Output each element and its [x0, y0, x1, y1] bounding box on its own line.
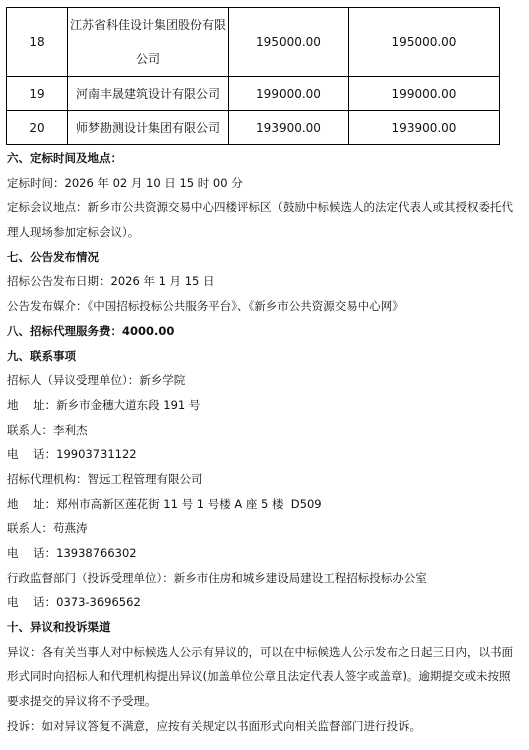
company-name: 河南丰晟建筑设计有限公司	[68, 77, 229, 111]
supervisor: 行政监督部门（投诉受理单位）：新乡市住房和城乡建设局建设工程招标投标办公室	[7, 566, 527, 591]
row-number: 20	[7, 111, 68, 145]
award-place-line1: 定标会议地点：新乡市公共资源交易中心四楼评标区（鼓励中标候选人的法定代表人或其授…	[7, 195, 527, 220]
award-place-line2: 理人现场参加定标会议）。	[7, 220, 527, 245]
evaluated-amount: 195000.00	[349, 8, 500, 77]
evaluated-amount: 199000.00	[349, 77, 500, 111]
tenderer: 招标人（异议受理单位）：新乡学院	[7, 368, 527, 393]
tenderer-address: 地 址：新乡市金穗大道东段 191 号	[7, 393, 527, 418]
agency: 招标代理机构：智远工程管理有限公司	[7, 467, 527, 492]
company-name-line1: 江苏省科佳设计集团股份有限	[68, 8, 228, 42]
bid-amount: 199000.00	[229, 77, 349, 111]
section-heading-objections: 十、异议和投诉渠道	[7, 615, 527, 640]
objection-line1: 异议：各有关当事人对中标候选人公示有异议的，可以在中标候选人公示发布之日起三日内…	[7, 640, 527, 665]
company-name-line2: 公司	[68, 42, 228, 76]
table-row: 20 师梦勘测设计集团有限公司 193900.00 193900.00	[7, 111, 500, 145]
agency-contact: 联系人：苟燕涛	[7, 516, 527, 541]
bid-table: 18 江苏省科佳设计集团股份有限 公司 195000.00 195000.00 …	[6, 7, 500, 145]
company-name: 江苏省科佳设计集团股份有限 公司	[68, 8, 229, 77]
section-heading-award-time: 六、定标时间及地点：	[7, 146, 527, 171]
supervisor-phone: 电 话：0373-3696562	[7, 590, 527, 615]
company-name: 师梦勘测设计集团有限公司	[68, 111, 229, 145]
notice-body: 六、定标时间及地点： 定标时间：2026 年 02 月 10 日 15 时 00…	[7, 146, 527, 739]
bid-amount: 195000.00	[229, 8, 349, 77]
table-row: 18 江苏省科佳设计集团股份有限 公司 195000.00 195000.00	[7, 8, 500, 77]
evaluated-amount: 193900.00	[349, 111, 500, 145]
section-heading-contacts: 九、联系事项	[7, 344, 527, 369]
table-row: 19 河南丰晟建筑设计有限公司 199000.00 199000.00	[7, 77, 500, 111]
complaint: 投诉：如对异议答复不满意，应按有关规定以书面形式向相关监督部门进行投诉。	[7, 714, 527, 739]
tenderer-phone: 电 话：19903731122	[7, 442, 527, 467]
objection-line3: 要求提交的异议将不予受理。	[7, 689, 527, 714]
publication-date: 招标公告发布日期：2026 年 1 月 15 日	[7, 269, 527, 294]
tenderer-contact: 联系人：李利杰	[7, 418, 527, 443]
publication-media: 公告发布媒介：《中国招标投标公共服务平台》、《新乡市公共资源交易中心网》	[7, 294, 527, 319]
section-heading-agency-fee: 八、招标代理服务费：4000.00	[7, 319, 527, 344]
objection-line2: 形式同时向招标人和代理机构提出异议(加盖单位公章且法定代表人签字或盖章)。逾期提…	[7, 664, 527, 689]
agency-address: 地 址：郑州市高新区莲花街 11 号 1 号楼 A 座 5 楼 D509	[7, 492, 527, 517]
award-time: 定标时间：2026 年 02 月 10 日 15 时 00 分	[7, 171, 527, 196]
row-number: 18	[7, 8, 68, 77]
section-heading-publication: 七、公告发布情况	[7, 245, 527, 270]
row-number: 19	[7, 77, 68, 111]
agency-phone: 电 话：13938766302	[7, 541, 527, 566]
bid-amount: 193900.00	[229, 111, 349, 145]
